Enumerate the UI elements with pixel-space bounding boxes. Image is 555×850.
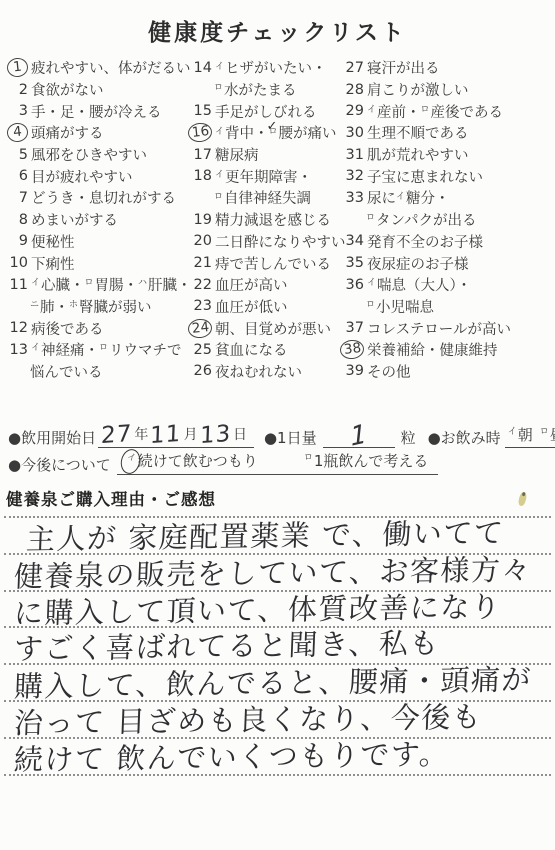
item-text: 小児喘息	[376, 296, 434, 317]
checklist-item-line: 34発育不全のお子様	[340, 231, 554, 253]
item-text: 喘息（大人）・	[377, 274, 471, 295]
item-number-field: 30	[340, 125, 364, 141]
option-marker: ロ	[99, 340, 108, 353]
item-text: リウマチで	[109, 339, 182, 360]
checklist-item-line: 悩んでいる	[4, 361, 188, 383]
item-number-field: 19	[188, 212, 212, 228]
item-text: 糖分・	[406, 187, 450, 208]
item-number-field: 28	[340, 82, 364, 98]
item-number: 11	[10, 277, 28, 293]
checklist-item-line: 27寝汗が出る	[340, 57, 554, 79]
item-number: 28	[346, 82, 364, 98]
item-text: 疲れやすい、体がだるい	[31, 57, 191, 78]
item-number: 22	[194, 277, 212, 293]
item-number-field: 26	[188, 363, 212, 379]
month-suffix: 月	[183, 424, 199, 446]
item-number-field: 14	[188, 60, 212, 76]
item-number: 35	[346, 255, 364, 271]
item-text: 貧血になる	[215, 339, 288, 360]
item-number: 7	[19, 190, 28, 206]
checklist-item-line: 11イ心臓・ロ胃腸・ハ肝臓・	[4, 274, 188, 296]
item-text: 朝、目覚めが悪い	[215, 318, 331, 339]
future-option-continue-label: 続けて飲むつもり	[138, 450, 258, 471]
item-text: 神経痛・	[41, 339, 99, 360]
item-number: 25	[194, 342, 212, 358]
checklist-item-line: 32子宝に恵まれない	[340, 165, 554, 187]
future-option-one-bottle: ロ 1瓶飲んで考える	[304, 450, 429, 471]
checklist-item-line: 12病後である	[4, 317, 188, 339]
option-marker: イ	[215, 124, 224, 137]
item-number-field: 17	[188, 147, 212, 163]
checklist-item-line: 39その他	[340, 361, 554, 383]
item-text: 夜ねむれない	[215, 361, 302, 382]
option-marker-i: イ	[508, 424, 517, 437]
item-number-field: 5	[4, 147, 28, 163]
item-text: ヒザがいたい・	[225, 57, 327, 78]
item-number-field: 2	[4, 82, 28, 98]
item-number-field: 35	[340, 255, 364, 271]
item-number-field: 10	[4, 255, 28, 271]
start-date-value: 27 年 11 月 13 日	[98, 424, 254, 448]
daily-dose-label: ●1日量	[264, 427, 317, 448]
item-text: 病後である	[31, 318, 104, 339]
item-number-field: 13	[4, 342, 28, 358]
checklist-item-line: ニ肺・ホ腎臓が弱い	[4, 296, 188, 318]
checklist-item-line: 30生理不順である	[340, 122, 554, 144]
item-text: 糖尿病	[215, 144, 259, 165]
item-number: 37	[346, 320, 364, 336]
checklist-item-line: 3手・足・腰が冷える	[4, 100, 188, 122]
item-number-field: 25	[188, 342, 212, 358]
checklist-item-line: 15手足がしびれる	[188, 100, 340, 122]
option-marker: ロ	[85, 275, 94, 288]
pen-circled-item-number: 1	[6, 57, 29, 78]
item-number-field: 37	[340, 320, 364, 336]
item-number-field: 23	[188, 298, 212, 314]
item-number-field: 4	[4, 123, 28, 142]
option-marker: ロ	[214, 80, 223, 93]
handwritten-line: 続けて 飲んでいくつもりです。	[13, 736, 450, 778]
checklist-item-line: 29イ産前・ロ産後である	[340, 100, 554, 122]
item-text: 腰が痛い	[279, 122, 337, 143]
item-text: 目が疲れやすい	[31, 166, 133, 187]
future-options: イ 続けて飲むつもり ロ 1瓶飲んで考える	[117, 446, 439, 475]
item-number-field: 39	[340, 363, 364, 379]
item-number: 9	[19, 233, 28, 249]
option-marker: イ	[367, 102, 376, 115]
item-number: 33	[346, 190, 364, 206]
item-number: 27	[346, 60, 364, 76]
item-number-field: 7	[4, 190, 28, 206]
checklist-item-line: 24朝、目覚めが悪い	[188, 317, 340, 339]
option-marker: ニ	[30, 297, 39, 310]
checklist-item-line: 10下痢性	[4, 252, 188, 274]
checklist-item-line: 5風邪をひきやすい	[4, 144, 188, 166]
item-number-field: 27	[340, 60, 364, 76]
item-number: 30	[346, 125, 364, 141]
checklist-item-line: 38栄養補給・健康維持	[340, 339, 554, 361]
checklist-item-line: 37コレステロールが高い	[340, 317, 554, 339]
checklist-item-line: 18イ更年期障害・	[188, 165, 340, 187]
item-number: 3	[19, 103, 28, 119]
handwritten-line: すごく喜ばれてると聞き、私も	[13, 625, 440, 667]
checked-option-marker: ロ	[269, 124, 278, 137]
checklist-column-3: 27寝汗が出る28肩こりが激しい29イ産前・ロ産後である30生理不順である31肌…	[340, 57, 554, 382]
checklist-item-line: 8めまいがする	[4, 209, 188, 231]
start-date-label: ●飲用開始日	[8, 427, 96, 448]
item-text: 手・足・腰が冷える	[31, 101, 162, 122]
item-text: 肺・	[40, 296, 69, 317]
item-text: どうき・息切れがする	[31, 187, 176, 208]
item-text: 肌が荒れやすい	[367, 144, 469, 165]
item-number: 26	[194, 363, 212, 379]
drink-time-options: イ朝 ロ昼 ハ夜	[505, 424, 555, 448]
future-option-one-bottle-label: 1瓶飲んで考える	[314, 450, 429, 471]
time-option-noon-label: 昼	[550, 424, 555, 445]
handwritten-year: 27	[100, 424, 134, 447]
item-text: 風邪をひきやすい	[31, 144, 147, 165]
item-number-field: 22	[188, 277, 212, 293]
item-number-field: 32	[340, 168, 364, 184]
item-number: 17	[194, 147, 212, 163]
item-text: 便秘性	[31, 231, 75, 252]
item-text: 心臓・	[41, 274, 85, 295]
daily-dose-value: 1	[323, 425, 395, 448]
future-option-continue: イ 続けて飲むつもり	[119, 446, 258, 471]
item-text: 二日酔になりやすい	[215, 231, 346, 252]
item-text: 肝臓・	[148, 274, 192, 295]
handwritten-line: 主人が 家庭配置薬業 で、働いてて	[25, 515, 505, 558]
checklist-item-line: 17糖尿病	[188, 144, 340, 166]
option-marker: イ	[31, 275, 40, 288]
checklist-item-line: ロ自律神経失調	[188, 187, 340, 209]
checklist-item-line: 22血圧が高い	[188, 274, 340, 296]
option-marker-ro: ロ	[540, 424, 549, 437]
checklist-item-line: ロ小児喘息	[340, 296, 554, 318]
item-number-field: 20	[188, 233, 212, 249]
item-number: 10	[10, 255, 28, 271]
daily-dose-unit: 粒	[401, 427, 416, 448]
item-text: 水がたまる	[224, 79, 297, 100]
checklist-item-line: 26夜ねむれない	[188, 361, 340, 383]
checklist-item-line: 20二日酔になりやすい	[188, 231, 340, 253]
page-title: 健康度チェックリスト	[0, 14, 555, 47]
item-number: 15	[194, 103, 212, 119]
option-marker: ロ	[366, 210, 375, 223]
item-number: 21	[194, 255, 212, 271]
item-number: 14	[194, 60, 212, 76]
option-marker: イ	[396, 189, 405, 202]
item-number: 5	[19, 147, 28, 163]
pen-circled-item-number: 24	[187, 317, 213, 338]
pen-circled-item-number: 38	[339, 339, 365, 360]
checklist-column-1: 1疲れやすい、体がだるい2食欲がない3手・足・腰が冷える4頭痛がする5風邪をひき…	[4, 57, 188, 382]
item-number: 18	[194, 168, 212, 184]
checklist-item-line: 25貧血になる	[188, 339, 340, 361]
checklist-item-line: 2食欲がない	[4, 79, 188, 101]
checklist-item-line: 1疲れやすい、体がだるい	[4, 57, 188, 79]
item-number: 32	[346, 168, 364, 184]
handwritten-day: 13	[198, 424, 232, 447]
checklist-item-line: 4頭痛がする	[4, 122, 188, 144]
item-text: 悩んでいる	[30, 361, 103, 382]
usage-fill-row: ●飲用開始日 27 年 11 月 13 日 ●1日量 1 粒 ●お飲み時 イ朝 …	[8, 420, 555, 448]
item-number: 8	[19, 212, 28, 228]
item-number: 39	[346, 363, 364, 379]
option-marker: イ	[215, 167, 224, 180]
checklist-item-line: 19精力減退を感じる	[188, 209, 340, 231]
item-text: タンパクが出る	[376, 209, 476, 230]
checklist-item-line: 6目が疲れやすい	[4, 165, 188, 187]
item-number: 23	[194, 298, 212, 314]
item-number-field: 24	[188, 319, 212, 338]
item-number-field: 34	[340, 233, 364, 249]
checklist-item-line: 13イ神経痛・ロリウマチで	[4, 339, 188, 361]
item-number: 13	[10, 342, 28, 358]
option-marker: ハ	[138, 275, 147, 288]
item-number-field: 12	[4, 320, 28, 336]
option-marker-ro: ロ	[304, 450, 313, 463]
item-number-field: 8	[4, 212, 28, 228]
pen-circled-item-number: 4	[6, 122, 29, 143]
checklist-column-2: 14イヒザがいたい・ロ水がたまる15手足がしびれる16イ背中・ロ腰が痛い17糖尿…	[188, 57, 340, 382]
item-number-field: 9	[4, 233, 28, 249]
checklist-item-line: ロ水がたまる	[188, 79, 340, 101]
item-text: コレステロールが高い	[367, 318, 511, 339]
item-number: 12	[10, 320, 28, 336]
option-marker: ホ	[69, 297, 78, 310]
item-text: 血圧が低い	[215, 296, 288, 317]
item-number-field: 29	[340, 103, 364, 119]
checklist-item-line: 23血圧が低い	[188, 296, 340, 318]
item-text: 痔で苦しんでいる	[215, 253, 331, 274]
item-number-field: 16	[188, 123, 212, 142]
option-marker: イ	[31, 340, 40, 353]
option-marker: イ	[367, 275, 376, 288]
item-text: 頭痛がする	[31, 122, 104, 143]
item-number: 20	[194, 233, 212, 249]
item-text: 産後である	[431, 101, 504, 122]
item-number: 36	[346, 277, 364, 293]
option-marker: ロ	[421, 102, 430, 115]
checklist-item-line: 7どうき・息切れがする	[4, 187, 188, 209]
year-suffix: 年	[133, 424, 149, 446]
item-text: 腎臓が弱い	[79, 296, 152, 317]
item-text: 背中・	[225, 122, 269, 143]
checklist-item-line: 9便秘性	[4, 231, 188, 253]
item-number: 6	[19, 168, 28, 184]
item-text: 下痢性	[31, 253, 75, 274]
checklist-item-line: 16イ背中・ロ腰が痛い	[188, 122, 340, 144]
option-marker: ロ	[214, 189, 223, 202]
item-number-field: 36	[340, 277, 364, 293]
handwritten-line: 治って 目ざめも良くなり、今後も	[13, 699, 483, 742]
item-text: めまいがする	[31, 209, 118, 230]
item-text: 寝汗が出る	[367, 57, 440, 78]
drink-time-label: ●お飲み時	[428, 427, 501, 448]
item-number: 34	[346, 233, 364, 249]
item-number-field: 33	[340, 190, 364, 206]
handwritten-line: 健養泉の販売をしていて、お客様方々	[13, 551, 532, 594]
item-text: 血圧が高い	[215, 274, 288, 295]
scanned-questionnaire: { "title": "健康度チェックリスト", "checklist": { …	[0, 0, 555, 850]
item-number: 19	[194, 212, 212, 228]
item-number-field: 1	[4, 58, 28, 77]
item-text: 栄養補給・健康維持	[367, 339, 498, 360]
item-text: 自律神経失調	[224, 187, 311, 208]
day-suffix: 日	[232, 424, 248, 446]
checklist-item-line: 33尿にイ糖分・	[340, 187, 554, 209]
item-number-field: 31	[340, 147, 364, 163]
pen-circled-item-number: 16	[187, 122, 213, 143]
item-number-field: 18	[188, 168, 212, 184]
checklist-item-line: 28肩こりが激しい	[340, 79, 554, 101]
handwritten-month: 11	[149, 424, 183, 447]
item-number: 31	[346, 147, 364, 163]
item-number-field: 3	[4, 103, 28, 119]
item-text: 更年期障害・	[225, 166, 312, 187]
option-marker: イ	[215, 59, 224, 72]
comment-section-heading: 健養泉ご購入理由・ご感想	[6, 486, 216, 510]
checklist-item-line: 14イヒザがいたい・	[188, 57, 340, 79]
item-number: 2	[19, 82, 28, 98]
item-number-field: 6	[4, 168, 28, 184]
option-marker-i: イ	[126, 449, 138, 464]
checklist-item-line: 36イ喘息（大人）・	[340, 274, 554, 296]
time-option-morning-label: 朝	[518, 424, 533, 445]
scan-artifact	[517, 491, 527, 506]
future-label: ●今後について	[8, 454, 111, 475]
item-text: 産前・	[377, 101, 421, 122]
item-text: 子宝に恵まれない	[367, 166, 483, 187]
item-text: 食欲がない	[31, 79, 104, 100]
item-number-field: 11	[4, 277, 28, 293]
item-text: 生理不順である	[367, 122, 469, 143]
checklist-item-line: 35夜尿症のお子様	[340, 252, 554, 274]
item-number-field: 21	[188, 255, 212, 271]
time-option-morning: イ朝	[508, 424, 533, 445]
option-marker: ロ	[366, 297, 375, 310]
checklist-item-line: 31肌が荒れやすい	[340, 144, 554, 166]
item-text: 発育不全のお子様	[367, 231, 483, 252]
item-text: その他	[367, 361, 411, 382]
item-text: 夜尿症のお子様	[367, 253, 469, 274]
item-text: 精力減退を感じる	[215, 209, 331, 230]
item-text: 肩こりが激しい	[367, 79, 469, 100]
checklist-item-line: ロタンパクが出る	[340, 209, 554, 231]
item-number: 29	[346, 103, 364, 119]
future-intent-row: ●今後について イ 続けて飲むつもり ロ 1瓶飲んで考える	[8, 449, 438, 475]
time-option-noon: ロ昼	[540, 424, 555, 445]
item-text: 尿に	[367, 187, 396, 208]
item-number-field: 15	[188, 103, 212, 119]
checklist-item-line: 21痔で苦しんでいる	[188, 252, 340, 274]
item-number-field: 38	[340, 340, 364, 359]
item-text: 胃腸・	[95, 274, 139, 295]
